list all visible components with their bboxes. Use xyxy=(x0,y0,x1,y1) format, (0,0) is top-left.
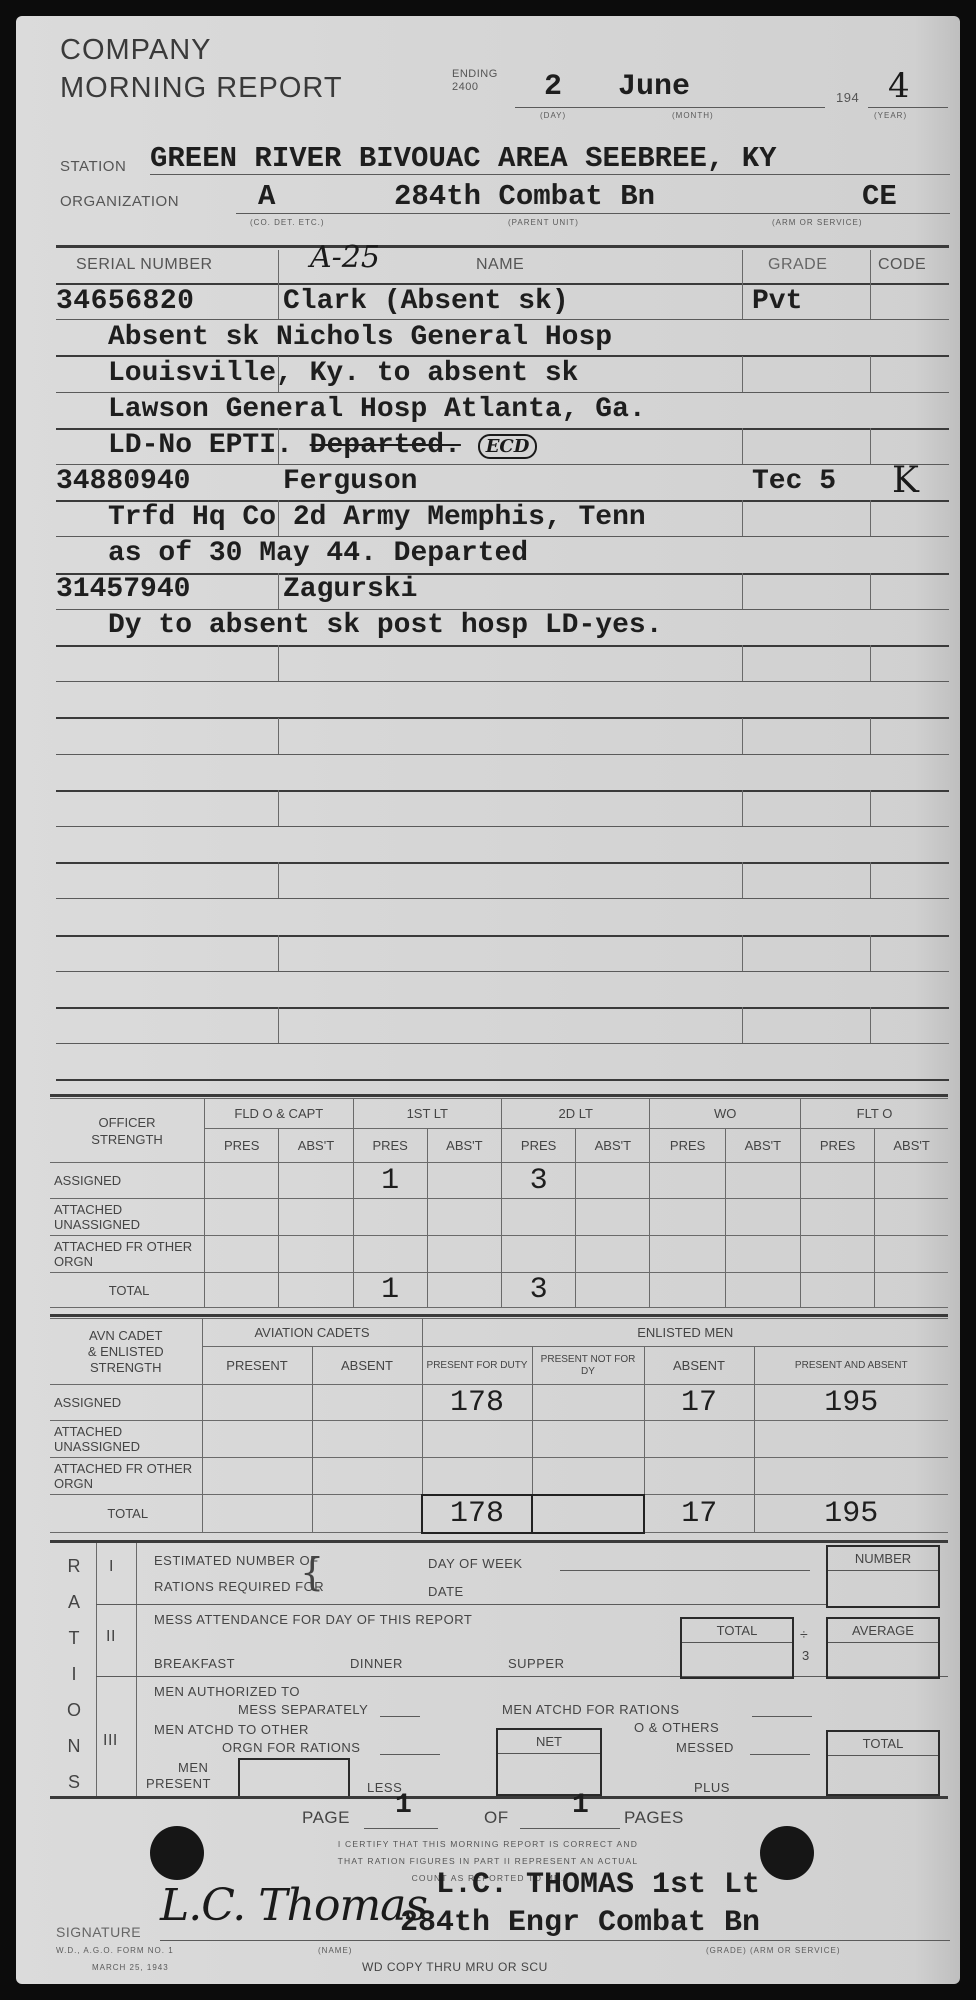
roster-rule xyxy=(56,645,949,647)
rations-section-bottom-rule xyxy=(50,1796,948,1799)
average-box-label: AVERAGE xyxy=(828,1619,938,1643)
entry-remark: LD-No EPTI. Departed. ECD xyxy=(108,430,537,461)
col-present-for-duty: PRESENT FOR DUTY xyxy=(422,1347,532,1385)
row-label: ATTACHED UNASSIGNED xyxy=(50,1421,202,1458)
cell xyxy=(800,1163,874,1199)
section-ii-numeral: II xyxy=(106,1628,116,1646)
enlisted-strength-table: AVN CADET & ENLISTED STRENGTH AVIATION C… xyxy=(50,1318,948,1534)
report-month: June xyxy=(618,70,690,104)
cell xyxy=(202,1495,312,1533)
section-i-rule xyxy=(96,1604,826,1605)
cell xyxy=(205,1163,279,1199)
col-cadets-absent: ABSENT xyxy=(312,1347,422,1385)
roster-rule xyxy=(56,826,949,827)
day-of-week-label: DAY OF WEEK xyxy=(428,1556,523,1571)
others-messed-field[interactable] xyxy=(750,1754,810,1755)
cell xyxy=(427,1273,501,1308)
men-atchd-for-rations-label: MEN ATCHD FOR RATIONS xyxy=(502,1702,680,1717)
cell xyxy=(312,1385,422,1421)
punch-hole-left xyxy=(150,1826,204,1880)
roster-rule xyxy=(56,754,949,755)
officer-strength-title: OFFICER STRENGTH xyxy=(50,1099,205,1163)
page-total-underline xyxy=(520,1828,620,1829)
cell xyxy=(532,1385,644,1421)
roster-col-divider xyxy=(870,1007,871,1043)
cell-present-for-duty: 178 xyxy=(422,1385,532,1421)
title-line: STRENGTH xyxy=(50,1131,204,1148)
cell-2d-lt-pres: 3 xyxy=(502,1273,576,1308)
cell xyxy=(650,1163,725,1199)
cell xyxy=(875,1163,948,1199)
estimated-number-label: ESTIMATED NUMBER OF xyxy=(154,1553,319,1568)
roster-rule xyxy=(56,681,949,682)
roster-rule xyxy=(56,1043,949,1044)
brace-icon: { xyxy=(300,1550,324,1594)
rations-side-label: RATIONS xyxy=(62,1548,86,1800)
men-present-box[interactable] xyxy=(238,1758,350,1796)
struck-text: Departed. xyxy=(310,430,461,461)
roster-col-divider xyxy=(870,862,871,898)
row-label: ATTACHED UNASSIGNED xyxy=(50,1199,205,1236)
men-authorized-label: MEN AUTHORIZED TO xyxy=(154,1684,300,1699)
group-1st-lt: 1ST LT xyxy=(353,1099,501,1129)
ending-label: ENDING 2400 xyxy=(452,68,498,94)
section-ii-rule xyxy=(96,1676,948,1677)
row-label: ASSIGNED xyxy=(50,1163,205,1199)
report-year-digit: 4 xyxy=(888,66,910,106)
orgn-for-rations-field[interactable] xyxy=(380,1754,440,1755)
col-abst: ABS'T xyxy=(725,1129,800,1163)
signature-underline[interactable] xyxy=(160,1940,950,1941)
rations-required-label: RATIONS REQUIRED FOR xyxy=(154,1579,324,1594)
org-caption-co: (CO. DET. ETC.) xyxy=(250,218,325,227)
enlisted-row-attached-fr-other: ATTACHED FR OTHER ORGN xyxy=(50,1458,948,1495)
entry-remark: Trfd Hq Co 2d Army Memphis, Tenn xyxy=(108,502,646,533)
cell xyxy=(279,1273,353,1308)
plus-label: PLUS xyxy=(694,1780,730,1795)
roster-col-divider xyxy=(278,573,279,609)
col-abst: ABS'T xyxy=(875,1129,948,1163)
number-box-label: NUMBER xyxy=(828,1547,938,1571)
title-line: STRENGTH xyxy=(50,1360,202,1376)
net-box-label: NET xyxy=(498,1730,600,1754)
roster-col-divider xyxy=(742,718,743,754)
number-box[interactable]: NUMBER xyxy=(826,1545,940,1608)
officer-row-total: TOTAL 1 3 xyxy=(50,1273,948,1308)
header-grade: GRADE xyxy=(768,256,827,274)
rations-section-top-rule xyxy=(50,1540,948,1543)
rations-side-letter: R xyxy=(62,1548,86,1584)
roster-col-divider xyxy=(870,573,871,609)
divide-icon: ÷ xyxy=(800,1626,808,1642)
group-2d-lt: 2D LT xyxy=(502,1099,650,1129)
year-caption: (YEAR) xyxy=(874,111,907,120)
average-box[interactable]: AVERAGE xyxy=(826,1617,940,1679)
rations-total-box[interactable]: TOTAL xyxy=(826,1730,940,1796)
form-number: W.D., A.G.O. FORM NO. 1 xyxy=(56,1946,174,1955)
rations-side-divider xyxy=(96,1543,97,1796)
men-present-label-1: MEN xyxy=(178,1760,208,1775)
roster-rule xyxy=(56,790,949,792)
group-fld-o-capt: FLD O & CAPT xyxy=(205,1099,353,1129)
enlisted-row-total: TOTAL 178 17 195 xyxy=(50,1495,948,1533)
signer-unit-typed: 284th Engr Combat Bn xyxy=(400,1906,760,1940)
officer-strength-table: OFFICER STRENGTH FLD O & CAPT 1ST LT 2D … xyxy=(50,1098,948,1308)
roster-col-divider xyxy=(742,1007,743,1043)
day-caption: (DAY) xyxy=(540,111,566,120)
roster-header-rule xyxy=(56,283,949,285)
title-line: AVN CADET xyxy=(50,1328,202,1344)
col-abst: ABS'T xyxy=(279,1129,353,1163)
men-atchd-other-label: MEN ATCHD TO OTHER xyxy=(154,1722,309,1737)
dinner-label: DINNER xyxy=(350,1656,403,1671)
messed-label: MESSED xyxy=(676,1740,734,1755)
roster-col-divider xyxy=(742,428,743,464)
entry-remark: Lawson General Hosp Atlanta, Ga. xyxy=(108,394,646,425)
breakfast-label: BREAKFAST xyxy=(154,1656,235,1671)
row-label: TOTAL xyxy=(50,1273,205,1308)
cell xyxy=(279,1163,353,1199)
grade-caption: (GRADE) (ARM OR SERVICE) xyxy=(706,1946,841,1955)
col-abst: ABS'T xyxy=(576,1129,650,1163)
col-present-not-for-duty: PRESENT NOT FOR DY xyxy=(532,1347,644,1385)
row-label: ASSIGNED xyxy=(50,1385,202,1421)
roster-rule xyxy=(56,971,949,972)
mess-separately-field[interactable] xyxy=(380,1716,420,1717)
col-present-and-absent: PRESENT AND ABSENT xyxy=(754,1347,948,1385)
col-pres: PRES xyxy=(205,1129,279,1163)
page-number: 1 xyxy=(395,1790,412,1821)
cell xyxy=(800,1273,874,1308)
roster-top-rule xyxy=(56,245,949,248)
station-value: GREEN RIVER BIVOUAC AREA SEEBREE, KY xyxy=(150,142,777,175)
roster-col-divider xyxy=(870,790,871,826)
roster-col-divider xyxy=(742,790,743,826)
roster-col-divider xyxy=(742,645,743,681)
station-label: STATION xyxy=(60,158,126,175)
total-box-label: TOTAL xyxy=(682,1619,792,1643)
ending-label-line2: 2400 xyxy=(452,81,498,94)
entry-code: K xyxy=(892,460,919,501)
roster-rule xyxy=(56,536,949,537)
roster-col-divider xyxy=(870,645,871,681)
roster-rule xyxy=(56,898,949,899)
cell-1st-lt-pres: 1 xyxy=(353,1163,427,1199)
group-enlisted-men: ENLISTED MEN xyxy=(422,1319,948,1347)
roster-col-divider xyxy=(870,356,871,392)
group-aviation-cadets: AVIATION CADETS xyxy=(202,1319,422,1347)
page-total: 1 xyxy=(572,1790,589,1821)
mess-separately-label: MESS SEPARATELY xyxy=(238,1702,368,1717)
roster-col-divider xyxy=(870,428,871,464)
org-parent-unit: 284th Combat Bn xyxy=(394,180,655,213)
roster-rule xyxy=(56,935,949,937)
handwritten-signature: L.C. Thomas xyxy=(160,1880,427,1931)
remark-text: LD-No EPTI. xyxy=(108,430,293,461)
entry-grade: Tec 5 xyxy=(752,466,836,497)
group-flt-o: FLT O xyxy=(800,1099,948,1129)
entry-name: Zagurski xyxy=(283,574,417,605)
year-underline xyxy=(868,107,948,108)
col-em-absent: ABSENT xyxy=(644,1347,754,1385)
handwritten-section-note: A-25 xyxy=(310,240,380,275)
col-divider-name xyxy=(742,250,743,284)
mess-total-box[interactable]: TOTAL xyxy=(680,1617,794,1679)
rations-side-letter: N xyxy=(62,1728,86,1764)
roster-col-divider xyxy=(742,500,743,536)
officer-row-assigned: ASSIGNED 1 3 xyxy=(50,1163,948,1199)
roster-col-divider xyxy=(742,283,743,319)
rations-side-letter: S xyxy=(62,1764,86,1800)
organization-label: ORGANIZATION xyxy=(60,193,179,210)
roster-col-divider xyxy=(742,935,743,971)
cell-1st-lt-pres: 1 xyxy=(353,1273,427,1308)
men-atchd-for-rations-field[interactable] xyxy=(752,1716,812,1717)
net-box[interactable]: NET xyxy=(496,1728,602,1796)
signature-label: SIGNATURE xyxy=(56,1924,141,1940)
ending-label-line1: ENDING xyxy=(452,68,498,81)
org-underline xyxy=(236,213,950,214)
rations-total-box-label: TOTAL xyxy=(828,1732,938,1756)
entry-grade: Pvt xyxy=(752,286,802,317)
roster-rule xyxy=(56,464,949,465)
roster-col-divider xyxy=(870,500,871,536)
roster-col-divider xyxy=(870,935,871,971)
cell xyxy=(427,1163,501,1199)
officer-row-attached-fr-other: ATTACHED FR OTHER ORGN xyxy=(50,1236,948,1273)
rations-side-letter: I xyxy=(62,1656,86,1692)
officers-others-label: O & OTHERS xyxy=(634,1720,719,1735)
roster-rule xyxy=(56,1079,949,1081)
roster-col-divider xyxy=(278,283,279,319)
org-caption-arm: (ARM OR SERVICE) xyxy=(772,218,863,227)
form-date: MARCH 25, 1943 xyxy=(92,1963,169,1972)
year-prefix: 194 xyxy=(836,90,859,105)
roster-col-divider xyxy=(278,790,279,826)
roster-rule xyxy=(56,717,949,719)
roster-col-divider xyxy=(742,862,743,898)
page-label: PAGE xyxy=(302,1808,350,1828)
day-of-week-field[interactable] xyxy=(560,1570,810,1571)
of-label: OF xyxy=(484,1808,509,1828)
cell-absent: 17 xyxy=(644,1385,754,1421)
col-pres: PRES xyxy=(800,1129,874,1163)
cell-present-for-duty: 178 xyxy=(422,1495,532,1533)
col-pres: PRES xyxy=(650,1129,725,1163)
title-line: OFFICER xyxy=(50,1114,204,1131)
roster-col-divider xyxy=(278,1007,279,1043)
report-day: 2 xyxy=(544,70,562,104)
serial-number: 31457940 xyxy=(56,574,190,605)
month-caption: (MONTH) xyxy=(672,111,714,120)
enlisted-section-top-rule xyxy=(50,1314,948,1317)
men-present-label-2: PRESENT xyxy=(146,1776,211,1791)
roster-col-divider xyxy=(742,356,743,392)
roster-col-divider xyxy=(870,718,871,754)
officer-row-attached-unassigned: ATTACHED UNASSIGNED xyxy=(50,1199,948,1236)
col-divider-grade xyxy=(870,250,871,284)
cell xyxy=(532,1495,644,1533)
roster-col-divider xyxy=(742,573,743,609)
group-wo: WO xyxy=(650,1099,801,1129)
roster-col-divider xyxy=(870,283,871,319)
cell xyxy=(875,1273,948,1308)
enlisted-row-assigned: ASSIGNED 178 17 195 xyxy=(50,1385,948,1421)
cell-2d-lt-pres: 3 xyxy=(502,1163,576,1199)
org-arm-service: CE xyxy=(862,180,897,213)
roster-rule xyxy=(56,392,949,393)
header-name: NAME xyxy=(476,256,524,274)
row-label: TOTAL xyxy=(50,1495,202,1533)
enlisted-strength-title: AVN CADET & ENLISTED STRENGTH xyxy=(50,1319,202,1385)
entry-name: Ferguson xyxy=(283,466,417,497)
cell xyxy=(725,1273,800,1308)
page-num-underline xyxy=(364,1828,438,1829)
serial-number: 34880940 xyxy=(56,466,190,497)
org-caption-parent: (PARENT UNIT) xyxy=(508,218,579,227)
title-line: & ENLISTED xyxy=(50,1344,202,1360)
divisor: 3 xyxy=(802,1648,810,1663)
cell xyxy=(205,1273,279,1308)
officer-section-top-rule xyxy=(50,1094,948,1097)
col-cadets-present: PRESENT xyxy=(202,1347,312,1385)
pages-label: PAGES xyxy=(624,1808,684,1828)
orgn-for-rations-label: ORGN FOR RATIONS xyxy=(222,1740,360,1755)
org-company: A xyxy=(258,180,275,213)
cell-present-and-absent: 195 xyxy=(754,1495,948,1533)
roster-entry-clark: 34656820 xyxy=(56,286,194,317)
cell xyxy=(725,1163,800,1199)
signer-name-typed: L.C. THOMAS 1st Lt xyxy=(436,1868,760,1902)
certify-line: I CERTIFY THAT THIS MORNING REPORT IS CO… xyxy=(276,1836,700,1853)
roster-rule xyxy=(56,1007,949,1009)
cell-absent: 17 xyxy=(644,1495,754,1533)
handwritten-initials: ECD xyxy=(478,434,538,459)
cell xyxy=(576,1163,650,1199)
name-caption: (NAME) xyxy=(318,1946,352,1955)
header-code: CODE xyxy=(878,256,926,274)
entry-name: Clark (Absent sk) xyxy=(283,286,569,317)
copy-note: WD COPY THRU MRU OR SCU xyxy=(362,1960,548,1974)
roster-rule xyxy=(56,319,949,320)
rations-side-letter: T xyxy=(62,1620,86,1656)
row-label: ATTACHED FR OTHER ORGN xyxy=(50,1236,205,1273)
date-label: DATE xyxy=(428,1584,464,1599)
serial-number: 34656820 xyxy=(56,286,194,317)
section-i-numeral: I xyxy=(109,1558,114,1576)
rations-roman-divider xyxy=(136,1543,137,1796)
cell xyxy=(650,1273,725,1308)
entry-remark: Louisville, Ky. to absent sk xyxy=(108,358,578,389)
header-serial-number: SERIAL NUMBER xyxy=(76,256,213,274)
roster-rule xyxy=(56,355,949,357)
section-iii-numeral: III xyxy=(103,1732,118,1750)
roster-col-divider xyxy=(278,645,279,681)
cell-present-and-absent: 195 xyxy=(754,1385,948,1421)
roster-col-divider xyxy=(278,862,279,898)
punch-hole-right xyxy=(760,1826,814,1880)
row-label: ATTACHED FR OTHER ORGN xyxy=(50,1458,202,1495)
roster-rule xyxy=(56,862,949,864)
col-divider-serial xyxy=(278,250,279,284)
entry-remark: as of 30 May 44. Departed xyxy=(108,538,528,569)
entry-remark: Absent sk Nichols General Hosp xyxy=(108,322,612,353)
date-underline xyxy=(515,107,825,108)
cell xyxy=(312,1495,422,1533)
station-underline xyxy=(150,174,950,175)
col-pres: PRES xyxy=(502,1129,576,1163)
roster-col-divider xyxy=(278,718,279,754)
mess-attendance-label: MESS ATTENDANCE FOR DAY OF THIS REPORT xyxy=(154,1612,472,1627)
rations-side-letter: O xyxy=(62,1692,86,1728)
entry-remark: Dy to absent sk post hosp LD-yes. xyxy=(108,610,663,641)
form-title-company: COMPANY xyxy=(60,32,211,68)
form-title-report: MORNING REPORT xyxy=(60,70,343,106)
supper-label: SUPPER xyxy=(508,1656,564,1671)
cell xyxy=(576,1273,650,1308)
rations-side-letter: A xyxy=(62,1584,86,1620)
enlisted-row-attached-unassigned: ATTACHED UNASSIGNED xyxy=(50,1421,948,1458)
col-pres: PRES xyxy=(353,1129,427,1163)
roster-col-divider xyxy=(278,935,279,971)
col-abst: ABS'T xyxy=(427,1129,501,1163)
cell xyxy=(202,1385,312,1421)
